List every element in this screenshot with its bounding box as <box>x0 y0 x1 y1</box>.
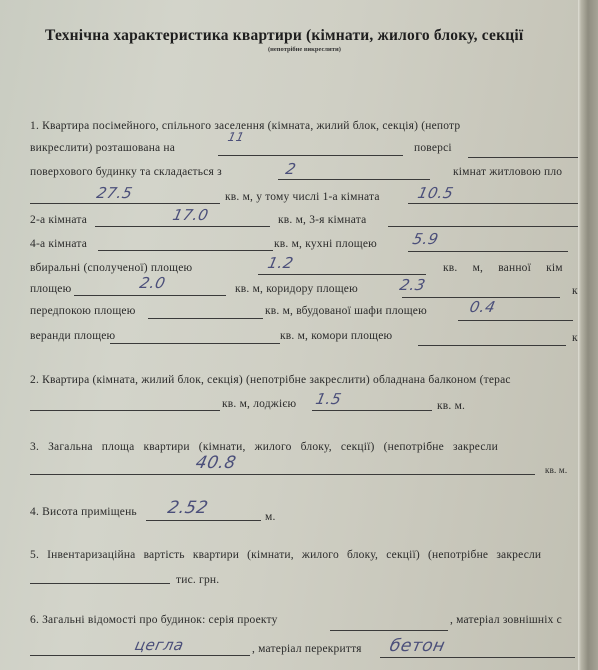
s1-line10-cut: к <box>572 332 578 344</box>
s1-line9-label: передпокою площею <box>30 305 136 317</box>
hallway-field-line <box>148 318 263 319</box>
s1-line4-label: кв. м, у тому числі 1-а кімната <box>225 191 380 203</box>
living-area-value[interactable]: 27.5 <box>95 184 134 202</box>
toilet-value[interactable]: 1.2 <box>266 254 295 272</box>
s1-line2-label: викреслити) розташована на <box>30 142 175 154</box>
loggia-value[interactable]: 1.5 <box>314 390 343 408</box>
s1-line8-cut: к <box>572 285 578 297</box>
height-field-line <box>146 520 261 521</box>
living-area-field-line <box>30 203 220 204</box>
s2-line2-unit: кв. м. <box>437 400 465 412</box>
wardrobe-value[interactable]: 0.4 <box>468 298 497 316</box>
s2-line2-label: кв. м, лоджією <box>222 398 296 410</box>
s3-line1: 3. Загальна площа квартири (кімнати, жил… <box>30 441 498 453</box>
s1-line3-label2: кімнат житловою пло <box>453 166 562 178</box>
ceiling-material-value[interactable]: бетон <box>388 636 447 656</box>
kitchen-field-line <box>408 251 568 252</box>
room2-value[interactable]: 17.0 <box>171 206 210 224</box>
total-area-value[interactable]: 40.8 <box>194 453 238 473</box>
s1-line5-label: 2-а кімната <box>30 214 87 226</box>
s1-line6-label2: кв. м, кухні площею <box>274 238 377 250</box>
kitchen-value[interactable]: 5.9 <box>411 230 440 248</box>
corridor-value[interactable]: 2.3 <box>398 276 427 294</box>
s1-line3-label: поверхового будинку та складається з <box>30 166 222 178</box>
room3-field-line <box>388 226 578 227</box>
floor-field-line <box>218 155 403 156</box>
room1-value[interactable]: 10.5 <box>416 184 455 202</box>
s5-line1: 5. Інвентаризаційна вартість квартири (к… <box>30 549 541 561</box>
s1-line7-label2: кв. м, ванної кім <box>443 262 563 274</box>
total-area-field-line <box>30 474 535 475</box>
s1-line7-label: вбиральні (сполученої) площею <box>30 262 192 274</box>
storage-field-line <box>418 345 566 346</box>
bathroom-value[interactable]: 2.0 <box>138 274 167 292</box>
s1-line8-label: площею <box>30 283 71 295</box>
page-edge-shadow <box>578 0 598 670</box>
veranda-field-line <box>110 343 280 344</box>
s4-unit: м. <box>265 511 276 523</box>
s1-line9-label2: кв. м, вбудованої шафи площею <box>265 305 427 317</box>
toilet-field-line <box>258 274 426 275</box>
loggia-field-line <box>312 410 432 411</box>
room1-field-line <box>408 203 578 204</box>
s2-line1: 2. Квартира (кімната, жилий блок, секція… <box>30 374 511 386</box>
project-series-field-line <box>330 630 448 631</box>
s1-line2-label2: поверсі <box>414 142 452 154</box>
s6-line1-label2: , матеріал зовнішніх с <box>450 614 562 626</box>
s5-unit: тис. грн. <box>176 574 219 586</box>
ceiling-material-field-line <box>380 657 575 658</box>
s1-line10-label: веранди площею <box>30 330 115 342</box>
s1-line5-label2: кв. м, 3-я кімната <box>278 214 366 226</box>
wall-material-field-line <box>30 655 250 656</box>
floors-total-field-line <box>468 157 578 158</box>
s3-unit: кв. м. <box>545 465 567 475</box>
room4-field-line <box>98 250 273 251</box>
floor-value[interactable]: 11 <box>227 130 246 144</box>
rooms-field-line <box>278 179 430 180</box>
s6-line2-label: , матеріал перекриття <box>252 643 362 655</box>
wall-material-value[interactable]: цегла <box>133 636 185 654</box>
wardrobe-field-line <box>458 320 573 321</box>
s6-line1-label: 6. Загальні відомості про будинок: серія… <box>30 614 278 626</box>
bathroom-field-line <box>74 295 226 296</box>
document-subtitle: (непотрібне викреслити) <box>268 46 341 53</box>
s1-line8-label2: кв. м, коридору площею <box>235 283 358 295</box>
s1-line6-label: 4-а кімната <box>30 238 87 250</box>
s1-line10-label2: кв. м, комори площею <box>280 330 392 342</box>
s4-label: 4. Висота приміщень <box>30 506 137 518</box>
valuation-field-line <box>30 583 170 584</box>
rooms-value[interactable]: 2 <box>284 160 298 178</box>
document-title: Технічна характеристика квартири (кімнат… <box>45 27 523 45</box>
room2-field-line <box>95 226 270 227</box>
height-value[interactable]: 2.52 <box>166 498 210 518</box>
balcony-field-line <box>30 410 220 411</box>
